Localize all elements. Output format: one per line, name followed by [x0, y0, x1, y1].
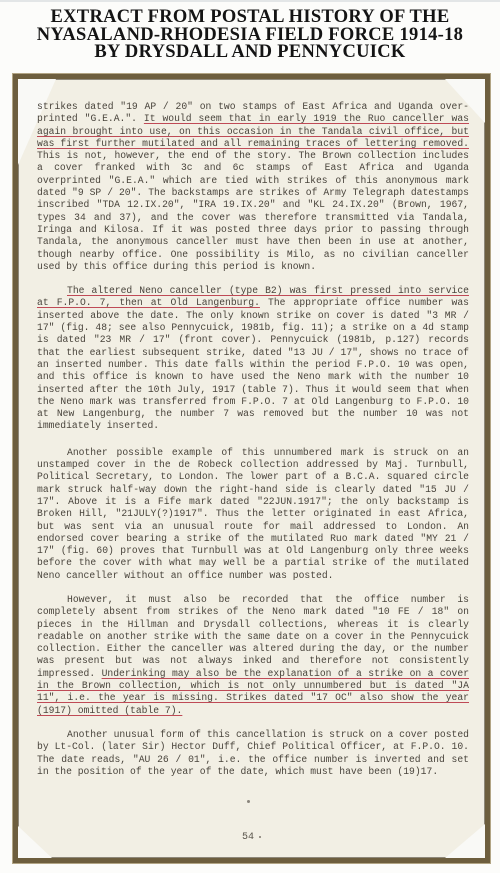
page-number: 54 [18, 832, 485, 843]
paragraph: Another unusual form of this cancellatio… [37, 729, 469, 778]
text-segment: This is not, however, the end of the sto… [37, 150, 469, 272]
text-segment: However, it must also be recorded that t… [37, 594, 469, 679]
paragraph: strikes dated "19 AP / 20" on two stamps… [37, 101, 469, 273]
typewritten-body: strikes dated "19 AP / 20" on two stamps… [37, 101, 469, 790]
paragraph: The altered Neno canceller (type B2) was… [37, 285, 469, 433]
text-segment: Another unusual form of this cancellatio… [37, 729, 469, 777]
document-title: EXTRACT FROM POSTAL HISTORY OF THE NYASA… [0, 9, 500, 62]
stray-ink-dot [247, 800, 250, 803]
text-segment: Another possible example of this unnumbe… [37, 447, 469, 581]
title-line-3: BY DRYSDALL AND PENNYCUICK [0, 44, 500, 62]
underlined-text: Underinking may also be the explanation … [37, 668, 469, 716]
paragraph: However, it must also be recorded that t… [37, 594, 469, 717]
text-segment: The appropriate office number was insert… [37, 297, 469, 431]
album-page-frame: strikes dated "19 AP / 20" on two stamps… [13, 74, 490, 863]
title-line-1: EXTRACT FROM POSTAL HISTORY OF THE [0, 9, 500, 27]
paragraph: Another possible example of this unnumbe… [37, 447, 469, 582]
scanned-document-page: EXTRACT FROM POSTAL HISTORY OF THE NYASA… [0, 0, 500, 873]
